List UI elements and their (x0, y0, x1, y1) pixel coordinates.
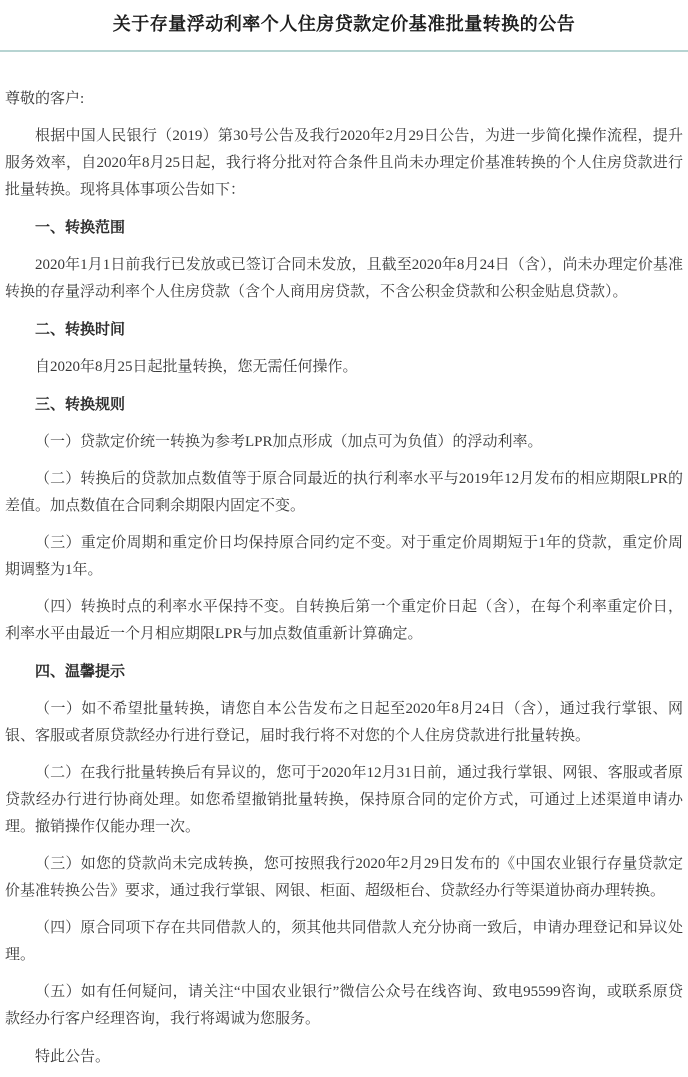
section-heading-time: 二、转换时间 (5, 317, 683, 344)
section-time-paragraph: 自2020年8月25日起批量转换，您无需任何操作。 (5, 354, 683, 381)
salutation: 尊敬的客户: (5, 86, 683, 113)
section-tips-paragraph-3: （三）如您的贷款尚未完成转换，您可按照我行2020年2月29日发布的《中国农业银… (5, 851, 683, 905)
section-tips-paragraph-2: （二）在我行批量转换后有异议的，您可于2020年12月31日前，通过我行掌银、网… (5, 760, 683, 841)
section-tips-paragraph-1: （一）如不希望批量转换，请您自本公告发布之日起至2020年8月24日（含），通过… (5, 696, 683, 750)
closing-statement: 特此公告。 (5, 1044, 683, 1071)
section-scope-paragraph: 2020年1月1日前我行已发放或已签订合同未发放，且截至2020年8月24日（含… (5, 252, 683, 306)
section-heading-tips: 四、温馨提示 (5, 659, 683, 686)
section-tips-paragraph-5: （五）如有任何疑问，请关注“中国农业银行”微信公众号在线咨询、致电95599咨询… (5, 979, 683, 1033)
page-title: 关于存量浮动利率个人住房贷款定价基准批量转换的公告 (5, 11, 683, 37)
page-body: { "doc": { "title": "关于存量浮动利率个人住房贷款定价基准批… (0, 0, 688, 1077)
section-rules-paragraph-3: （三）重定价周期和重定价日均保持原合同约定不变。对于重定价周期短于1年的贷款，重… (5, 530, 683, 584)
announcement-document: 关于存量浮动利率个人住房贷款定价基准批量转换的公告 尊敬的客户: 根据中国人民银… (0, 11, 688, 1077)
section-rules-paragraph-1: （一）贷款定价统一转换为参考LPR加点形成（加点可为负值）的浮动利率。 (5, 429, 683, 456)
section-rules-paragraph-4: （四）转换时点的利率水平保持不变。自转换后第一个重定价日起（含），在每个利率重定… (5, 594, 683, 648)
section-rules-paragraph-2: （二）转换后的贷款加点数值等于原合同最近的执行利率水平与2019年12月发布的相… (5, 466, 683, 520)
section-heading-scope: 一、转换范围 (5, 215, 683, 242)
intro-paragraph: 根据中国人民银行（2019）第30号公告及我行2020年2月29日公告，为进一步… (5, 123, 683, 204)
section-tips-paragraph-4: （四）原合同项下存在共同借款人的，须其他共同借款人充分协商一致后，申请办理登记和… (5, 915, 683, 969)
section-heading-rules: 三、转换规则 (5, 392, 683, 419)
title-divider (0, 50, 688, 52)
